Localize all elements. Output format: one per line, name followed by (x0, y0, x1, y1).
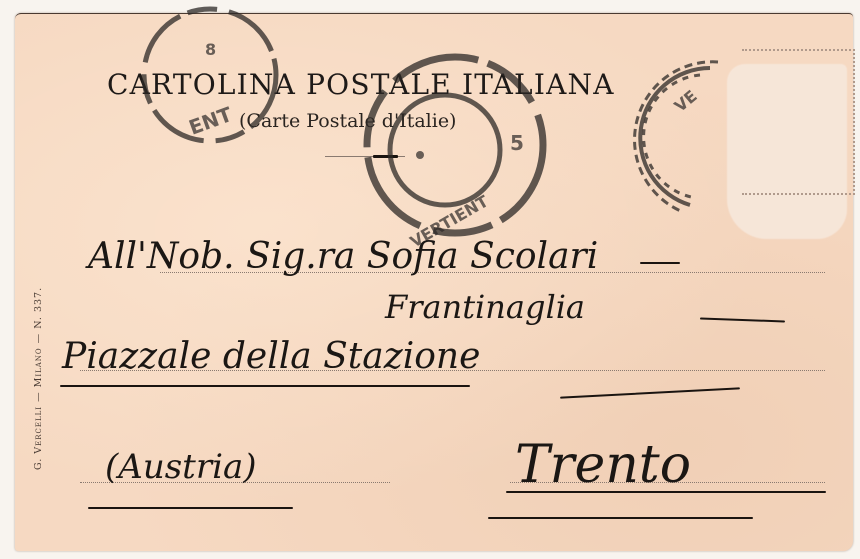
svg-text:VE: VE (671, 86, 701, 116)
recipient-line-2: Frantinaglia (384, 288, 585, 326)
postmark-center: VERTIENT 5 (367, 57, 543, 251)
svg-text:ENT: ENT (186, 102, 236, 140)
street-line: Piazzale della Stazione (61, 336, 480, 377)
postmark-upper-right: VE (635, 62, 718, 212)
country-line: (Austria) (105, 447, 257, 487)
city-line: Trento (515, 435, 691, 495)
postmarks-and-handwriting: ENT 8 VERTIENT 5 VE All'Nob. Sig.ra Sofi… (0, 0, 860, 559)
svg-text:5: 5 (510, 131, 524, 155)
recipient-line-1: All'Nob. Sig.ra Sofia Scolari (85, 236, 598, 277)
postmark-upper-left: ENT 8 (144, 9, 276, 141)
handwritten-address: All'Nob. Sig.ra Sofia Scolari Frantinagl… (61, 236, 691, 495)
svg-text:8: 8 (205, 40, 216, 59)
